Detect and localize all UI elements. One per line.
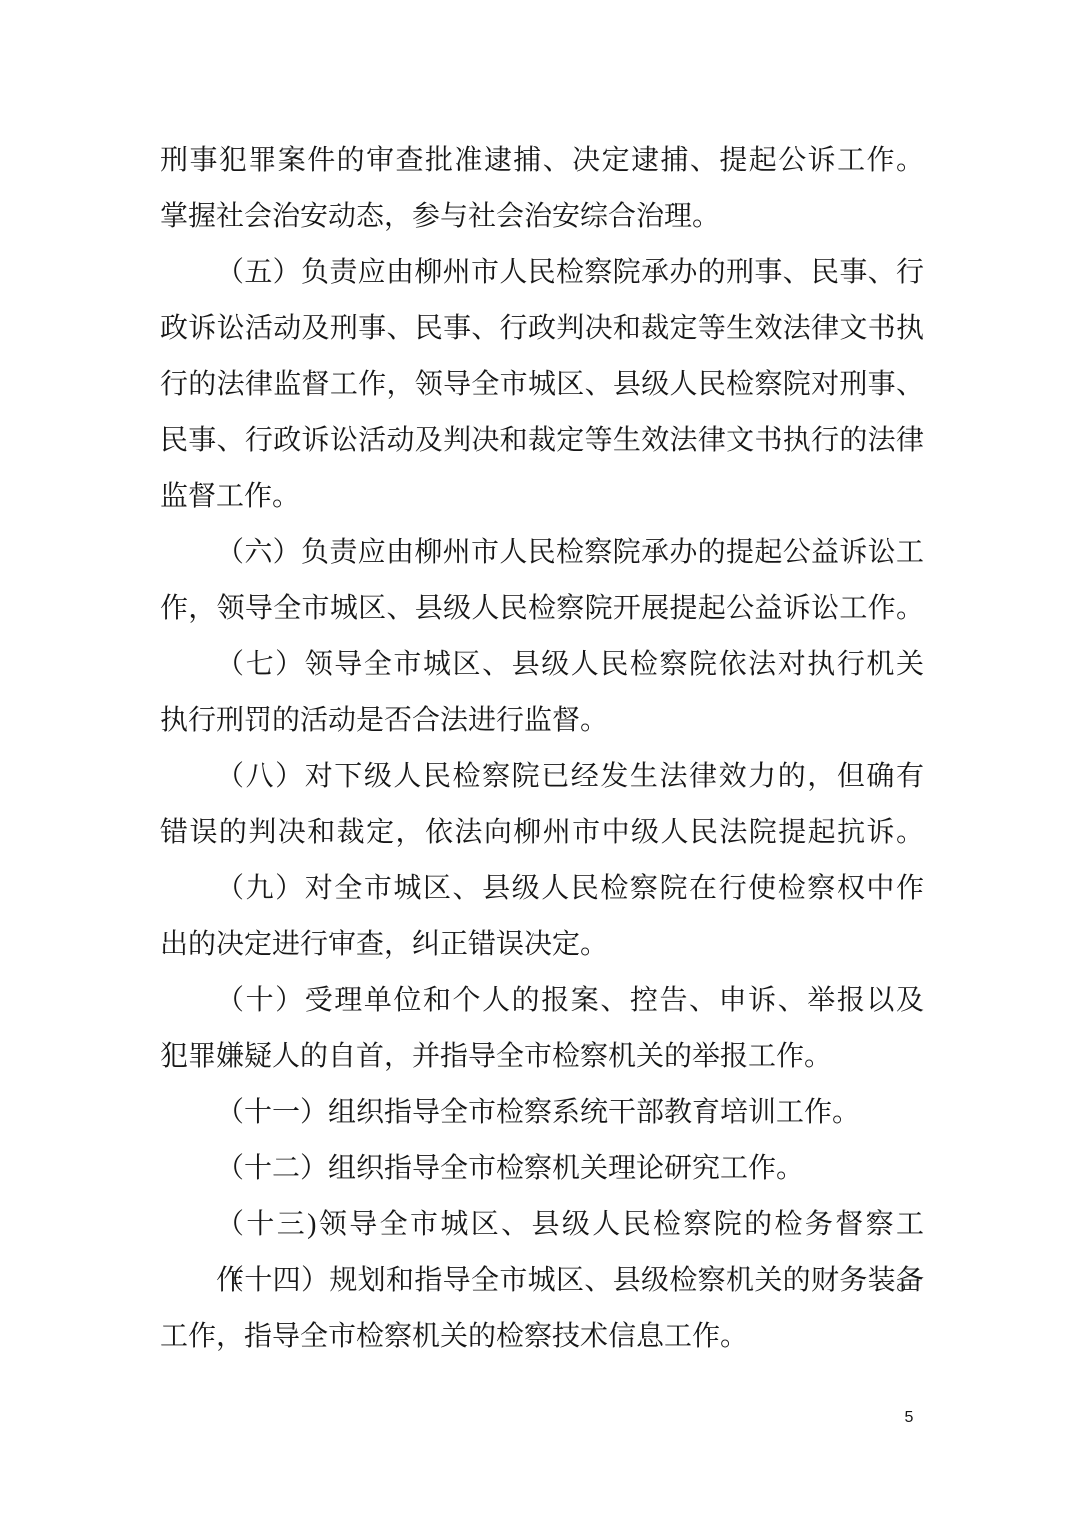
text-line: 作，领导全市城区、县级人民检察院开展提起公益诉讼工作。 (160, 581, 924, 637)
text-line: 错误的判决和裁定，依法向柳州市中级人民法院提起抗诉。 (160, 805, 924, 861)
text-line: 政诉讼活动及刑事、民事、行政判决和裁定等生效法律文书执 (160, 301, 924, 357)
text-line: 监督工作。 (160, 469, 924, 525)
text-line: （十四）规划和指导全市城区、县级检察机关的财务装备 (160, 1253, 924, 1309)
text-line: 民事、行政诉讼活动及判决和裁定等生效法律文书执行的法律 (160, 413, 924, 469)
text-line: 工作，指导全市检察机关的检察技术信息工作。 (160, 1309, 924, 1365)
document-body: 刑事犯罪案件的审查批准逮捕、决定逮捕、提起公诉工作。 掌握社会治安动态，参与社会… (160, 133, 924, 1365)
text-line: 犯罪嫌疑人的自首，并指导全市检察机关的举报工作。 (160, 1029, 924, 1085)
text-line: （十）受理单位和个人的报案、控告、申诉、举报以及 (160, 973, 924, 1029)
text-line: 掌握社会治安动态，参与社会治安综合治理。 (160, 189, 924, 245)
text-line: （七）领导全市城区、县级人民检察院依法对执行机关 (160, 637, 924, 693)
text-line: 执行刑罚的活动是否合法进行监督。 (160, 693, 924, 749)
text-line: （八）对下级人民检察院已经发生法律效力的，但确有 (160, 749, 924, 805)
text-line: （五）负责应由柳州市人民检察院承办的刑事、民事、行 (160, 245, 924, 301)
text-line: （六）负责应由柳州市人民检察院承办的提起公益诉讼工 (160, 525, 924, 581)
text-line: （十二）组织指导全市检察机关理论研究工作。 (160, 1141, 924, 1197)
document-page: 刑事犯罪案件的审查批准逮捕、决定逮捕、提起公诉工作。 掌握社会治安动态，参与社会… (0, 0, 1075, 1520)
text-line: （十一）组织指导全市检察系统干部教育培训工作。 (160, 1085, 924, 1141)
text-line: （九）对全市城区、县级人民检察院在行使检察权中作 (160, 861, 924, 917)
page-number: 5 (897, 1406, 921, 1430)
text-line: 出的决定进行审查，纠正错误决定。 (160, 917, 924, 973)
text-line: 刑事犯罪案件的审查批准逮捕、决定逮捕、提起公诉工作。 (160, 133, 924, 189)
text-line: 行的法律监督工作，领导全市城区、县级人民检察院对刑事、 (160, 357, 924, 413)
text-line: （十三)领导全市城区、县级人民检察院的检务督察工作。 (160, 1197, 924, 1253)
